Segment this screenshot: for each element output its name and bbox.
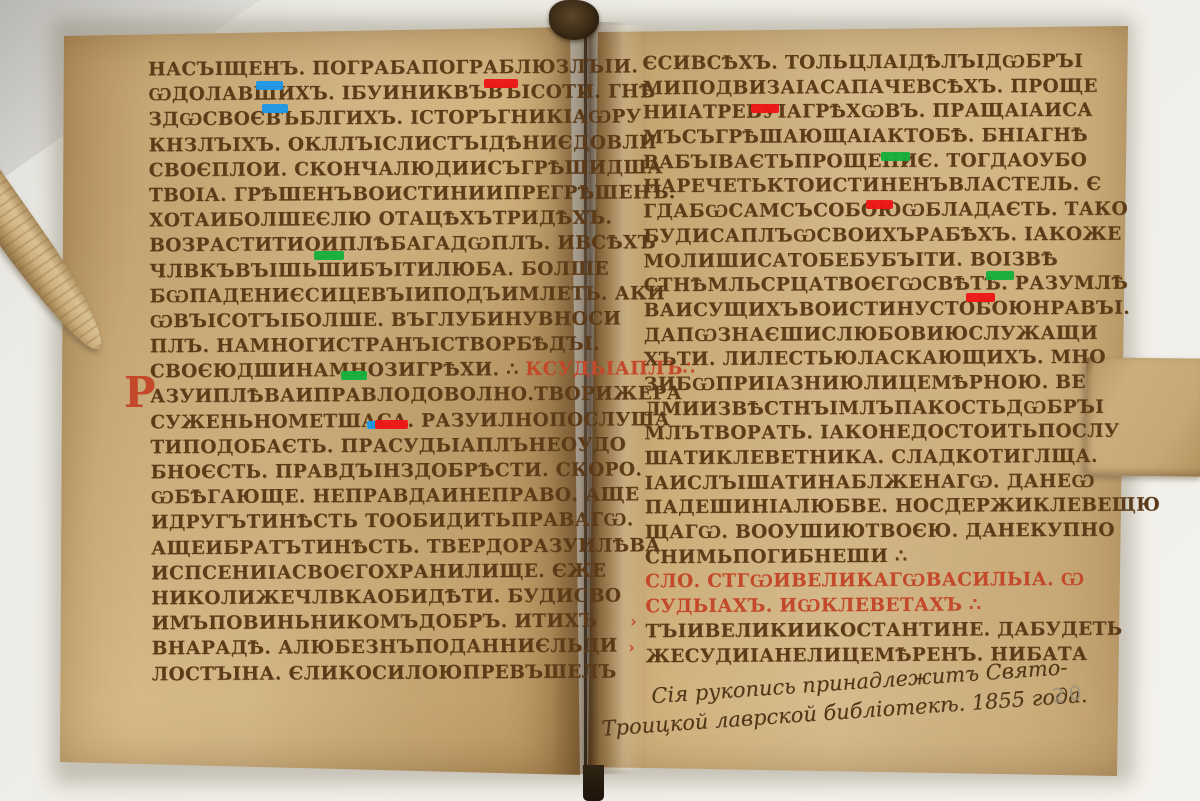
- manuscript-line: БѠПАДЕНИЄСИЦЕВЪІИПОДЪИМЛЕТЬ. АКИ: [149, 283, 574, 311]
- manuscript-line: ХОТАИБОЛШЕЄЛЮ ОТАЦѢХЪТРИДѢХЪ.: [149, 208, 574, 236]
- text-segment: ВАБЪІВАЄТЬПРОЩЕНИЄ. ТОГДАОУБО: [643, 150, 1087, 173]
- text-segment: НИІАТРЕБУІАГРѢХѠВЪ. ПРАЩАІАИСА: [643, 100, 1093, 123]
- headband-knot: [549, 0, 599, 40]
- manuscript-line: ИСПСЕНИІАСВОЄГОХРАНИЛИЩЕ. ЄЖЕ: [151, 560, 576, 588]
- manuscript-line: ХЪТИ. ЛИЛЕСТЬЮЛАСКАЮЩИХЪ. МНО: [644, 347, 1104, 374]
- spine-tail: [583, 765, 604, 801]
- manuscript-line: ІАИСЛЪІШАТИНАБЛЖЕНАГѠ. ДАНЕѠ: [645, 470, 1105, 497]
- text-segment: АЗУИПЛѢВАИПРАВЛОДОВОЛНО.ТВОРИЖЕРА: [150, 383, 682, 407]
- text-segment: ВОЗРАСТИТИОИПЛѢБАГАДѠПЛЪ. ИВСѢХЪ: [149, 233, 656, 257]
- highlight-mark-green: [341, 371, 367, 380]
- highlight-mark-red: [751, 104, 779, 113]
- highlight-mark-red: [484, 79, 518, 88]
- text-segment: ТЪІИВЕЛИКИИКОСТАНТИНЕ. ДАБУДЕТЬ: [645, 619, 1122, 642]
- manuscript-line: СУЖЕНЬНОМЕТШАСА. РАЗУИЛНОПОСЛУША: [150, 409, 575, 437]
- manuscript-line: ТВОІА. ГРѢШЕНЪВОИСТИНИИПРЕГРѢШЕНЪ.: [149, 183, 574, 211]
- text-segment: МЛЪТВОРАТЬ. ІАКОНЕДОСТОИТЬПОСЛУ: [644, 421, 1119, 444]
- text-segment: НАРЕЧЕТЬКТОИСТИНЕНЪВЛАСТЕЛЬ. Є: [643, 174, 1101, 197]
- text-segment: ПАДЕШИНІАЛЮБВЕ. НОСДЕРЖИКЛЕВЕЩЮ: [645, 495, 1161, 519]
- text-segment: БѠПАДЕНИЄСИЦЕВЪІИПОДЪИМЛЕТЬ. АКИ: [149, 283, 665, 307]
- manuscript-line: ЗИБѠПРИІАЗНИЮЛИЦЕМѢРНОЮ. ВЕ: [644, 372, 1104, 399]
- text-segment: СНИМЬПОГИБНЕШИ ∴: [645, 546, 907, 568]
- text-segment: МОЛИШИСАТОБЕБУБЪІТИ. ВОІЗВѢ: [643, 249, 1058, 272]
- manuscript-line: СУДЬІАХЪ. ИѠКЛЕВЕТАХЪ ∴: [645, 594, 1105, 621]
- text-segment: АЩЕИБРАТЪТИНѢСТЬ. ТВЕРДОРАЗУИЛѢВА: [151, 535, 661, 559]
- text-segment: ИМЪПОВИНЬНИКОМЪДОБРЪ. ИТИХЪ: [151, 611, 597, 635]
- manuscript-line: МЪСЪГРѢШАЮЩАІАКТОБѢ. БНІАГНѢ: [643, 125, 1103, 152]
- manuscript-line: АЗУИПЛѢВАИПРАВЛОДОВОЛНО.ТВОРИЖЕРА: [150, 384, 575, 412]
- text-segment: СВОЄПЛОИ. СКОНЧАЛЮДИИСЪГРѢШИДША: [149, 157, 663, 181]
- text-segment: БУДИСАПЛЪѠСВОИХЪРАБѢХЪ. ІАКОЖЕ: [643, 224, 1121, 248]
- manuscript-line: ИДРУГЪТИНѢСТЬ ТООБИДИТЬПРАВАГѠ.: [151, 510, 576, 538]
- text-segment: ѠБѢГАЮЩЕ. НЕПРАВДАИНЕПРАВО. АЩЕ: [151, 484, 640, 508]
- text-segment: НИКОЛИЖЕЧЛВКАОБИДѢТИ. БУДИСВО: [151, 585, 621, 609]
- text-segment: ТИПОДОБАЄТЬ. ПРАСУДЬІАПЛЪНЕОУДО: [150, 434, 626, 458]
- highlight-mark-green: [986, 271, 1014, 280]
- text-segment: МЪСЪГРѢШАЮЩАІАКТОБѢ. БНІАГНѢ: [643, 125, 1088, 148]
- manuscript-line: ѠБѢГАЮЩЕ. НЕПРАВДАИНЕПРАВО. АЩЕ: [151, 485, 576, 513]
- pencil-folio-number: 20: [1051, 680, 1087, 708]
- manuscript-line: ЗДѠСВОЄВЪБЛГИХЪ. ІСТОРЪГНИКІАѠРУ: [148, 107, 573, 135]
- text-segment: ЧЛВКЪВЪІШЬШИБЪІТИЛЮБА. БОЛШЕ: [149, 258, 609, 282]
- manuscript-line: БУДИСАПЛЪѠСВОИХЪРАБѢХЪ. ІАКОЖЕ: [643, 224, 1103, 251]
- manuscript-line: ШАТИКЛЕВЕТНИКА. СЛАДКОТИГЛЩА.: [644, 446, 1104, 473]
- manuscript-line: ВОЗРАСТИТИОИПЛѢБАГАДѠПЛЪ. ИВСѢХЪ: [149, 233, 574, 261]
- text-segment: ЄСИВСѢХЪ. ТОЛЬЦЛАІДѢЛЪІДѠБРЪІ: [642, 51, 1083, 74]
- manuscript-line: ЧЛВКЪВЪІШЬШИБЪІТИЛЮБА. БОЛШЕ: [149, 258, 574, 286]
- text-segment: ЗИБѠПРИІАЗНИЮЛИЦЕМѢРНОЮ. ВЕ: [644, 372, 1086, 395]
- right-page-text: ЄСИВСѢХЪ. ТОЛЬЦЛАІДѢЛЪІДѠБРЪІМИПОДВИЗАІА…: [642, 51, 1105, 671]
- text-segment: ДАПѠЗНАЄШИСЛЮБОВИЮСЛУЖАЩИ: [644, 322, 1098, 345]
- manuscript-line: МИПОДВИЗАІАСАПАЧЕВСѢХЪ. ПРОЩЕ: [643, 75, 1103, 102]
- text-segment: ВНАРАДѢ. АЛЮБЕЗНЪПОДАННИЄЛЬДИ: [152, 636, 618, 660]
- highlight-mark-blue: [256, 81, 283, 90]
- manuscript-line: ПЛЪ. НАМНОГИСТРАНЪІСТВОРБѢДЪІ.: [150, 334, 575, 362]
- manuscript-line: СТНѢМЛЬСРЦАТВОЄГѠСВѢТѢ. РАЗУМЛѢ: [644, 273, 1104, 300]
- manuscript-line: БНОЄСТЬ. ПРАВДЪІНЗДОБРѢСТИ. СКОРО.: [151, 460, 576, 488]
- manuscript-line: ЩАГѠ. ВООУШИЮТВОЄЮ. ДАНЕКУПНО: [645, 520, 1105, 547]
- text-segment: НАСЪІЩЕНЪ. ПОГРАБАПОГРАБЛЮЗЛЪІИ.: [148, 56, 638, 80]
- text-segment: ѠДОЛАВШИХЪ. ІБУИНИКВЪВЪІСОТИ. ГНѢ: [148, 81, 656, 105]
- highlight-mark-red: [966, 293, 995, 302]
- text-segment: ЛМИИЗВѢСТНЪІМЛЪПАКОСТЬДѠБРЪІ: [644, 396, 1104, 419]
- text-segment: СВОЄЮДШИНАМНОЗИГРѢХИ. ∴: [150, 359, 525, 382]
- manuscript-line: ТИПОДОБАЄТЬ. ПРАСУДЬІАПЛЪНЕОУДО: [150, 435, 575, 463]
- manuscript-line: АЩЕИБРАТЪТИНѢСТЬ. ТВЕРДОРАЗУИЛѢВА: [151, 535, 576, 563]
- highlight-mark-red: [375, 420, 408, 429]
- text-segment: ПЛЪ. НАМНОГИСТРАНЪІСТВОРБѢДЪІ.: [150, 334, 600, 358]
- manuscript-line: ЛМИИЗВѢСТНЪІМЛЪПАКОСТЬДѠБРЪІ: [644, 396, 1104, 423]
- text-segment: МИПОДВИЗАІАСАПАЧЕВСѢХЪ. ПРОЩЕ: [643, 76, 1098, 99]
- text-segment: СЛО. СТГѠИВЕЛИКАГѠВАСИЛЬІА. Ѡ: [645, 569, 1084, 592]
- text-segment: ВАИСУЩИХЪВОИСТИНУСТОБОЮНРАВЪІ.: [644, 298, 1130, 322]
- text-segment: ШАТИКЛЕВЕТНИКА. СЛАДКОТИГЛЩА.: [644, 446, 1097, 469]
- text-segment: БНОЄСТЬ. ПРАВДЪІНЗДОБРѢСТИ. СКОРО.: [151, 459, 643, 483]
- manuscript-line: ПАДЕШИНІАЛЮБВЕ. НОСДЕРЖИКЛЕВЕЩЮ: [645, 495, 1105, 522]
- rubric-margin-glyph: ›: [630, 612, 637, 632]
- manuscript-line: МЛЪТВОРАТЬ. ІАКОНЕДОСТОИТЬПОСЛУ: [644, 421, 1104, 448]
- manuscript-line: ЄСИВСѢХЪ. ТОЛЬЦЛАІДѢЛЪІДѠБРЪІ: [642, 51, 1102, 78]
- text-segment: КНЗЛЪІХЪ. ОКЛЛЪІСЛИСТЪІДѢНИЄДОВЛИ: [149, 132, 657, 156]
- highlight-mark-blue: [262, 104, 288, 113]
- rubric-margin-glyph: ›: [628, 638, 635, 658]
- highlight-mark-green: [881, 152, 910, 161]
- text-segment: ХЪТИ. ЛИЛЕСТЬЮЛАСКАЮЩИХЪ. МНО: [644, 347, 1106, 370]
- manuscript-line: ТЪІИВЕЛИКИИКОСТАНТИНЕ. ДАБУДЕТЬ: [645, 619, 1105, 646]
- manuscript-line: ДАПѠЗНАЄШИСЛЮБОВИЮСЛУЖАЩИ: [644, 322, 1104, 349]
- text-segment: СУЖЕНЬНОМЕТШАСА. РАЗУИЛНОПОСЛУША: [150, 409, 670, 433]
- manuscript-photo: Р НАСЪІЩЕНЪ. ПОГРАБАПОГРАБЛЮЗЛЪІИ.ѠДОЛАВ…: [0, 0, 1200, 801]
- text-segment: СУДЬІАХЪ. ИѠКЛЕВЕТАХЪ ∴: [645, 595, 981, 618]
- highlight-mark-red: [866, 200, 893, 209]
- text-segment: ХОТАИБОЛШЕЄЛЮ ОТАЦѢХЪТРИДѢХЪ.: [149, 208, 612, 232]
- manuscript-line: ЛОСТЪІНА. ЄЛИКОСИЛОЮПРЕВЪШЕЛЪ: [152, 661, 577, 689]
- text-segment: СТНѢМЛЬСРЦАТВОЄГѠСВѢТѢ. РАЗУМЛѢ: [644, 273, 1129, 297]
- manuscript-line: НАРЕЧЕТЬКТОИСТИНЕНЪВЛАСТЕЛЬ. Є: [643, 174, 1103, 201]
- manuscript-line: НИІАТРЕБУІАГРѢХѠВЪ. ПРАЩАІАИСА: [643, 100, 1103, 127]
- text-segment: ѠВЪІСОТЪІБОЛШЕ. ВЪГЛУБИНУВНОСИ: [150, 308, 622, 332]
- text-segment: ЛОСТЪІНА. ЄЛИКОСИЛОЮПРЕВЪШЕЛЪ: [152, 661, 617, 685]
- text-segment: ЩАГѠ. ВООУШИЮТВОЄЮ. ДАНЕКУПНО: [645, 520, 1115, 543]
- text-segment: ИДРУГЪТИНѢСТЬ ТООБИДИТЬПРАВАГѠ.: [151, 510, 634, 534]
- text-segment: ИСПСЕНИІАСВОЄГОХРАНИЛИЩЕ. ЄЖЕ: [151, 560, 606, 584]
- manuscript-line: МОЛИШИСАТОБЕБУБЪІТИ. ВОІЗВѢ: [643, 248, 1103, 275]
- manuscript-line: НИКОЛИЖЕЧЛВКАОБИДѢТИ. БУДИСВО: [151, 586, 576, 614]
- manuscript-line: ВНАРАДѢ. АЛЮБЕЗНЪПОДАННИЄЛЬДИ: [152, 636, 577, 664]
- manuscript-line: КНЗЛЪІХЪ. ОКЛЛЪІСЛИСТЪІДѢНИЄДОВЛИ: [149, 132, 574, 160]
- manuscript-line: СВОЄПЛОИ. СКОНЧАЛЮДИИСЪГРѢШИДША: [149, 157, 574, 185]
- manuscript-line: ВАИСУЩИХЪВОИСТИНУСТОБОЮНРАВЪІ.: [644, 298, 1104, 325]
- highlight-mark-green: [314, 251, 344, 260]
- manuscript-line: ВАБЪІВАЄТЬПРОЩЕНИЄ. ТОГДАОУБО: [643, 150, 1103, 177]
- text-segment: ІАИСЛЪІШАТИНАБЛЖЕНАГѠ. ДАНЕѠ: [645, 471, 1095, 494]
- text-segment: ЗДѠСВОЄВЪБЛГИХЪ. ІСТОРЪГНИКІАѠРУ: [148, 107, 641, 131]
- manuscript-line: СЛО. СТГѠИВЕЛИКАГѠВАСИЛЬІА. Ѡ: [645, 569, 1105, 596]
- manuscript-line: СНИМЬПОГИБНЕШИ ∴: [645, 545, 1105, 572]
- text-segment: ТВОІА. ГРѢШЕНЪВОИСТИНИИПРЕГРѢШЕНЪ.: [149, 182, 676, 206]
- manuscript-line: ѠВЪІСОТЪІБОЛШЕ. ВЪГЛУБИНУВНОСИ: [150, 309, 575, 337]
- manuscript-line: ИМЪПОВИНЬНИКОМЪДОБРЪ. ИТИХЪ: [151, 611, 576, 639]
